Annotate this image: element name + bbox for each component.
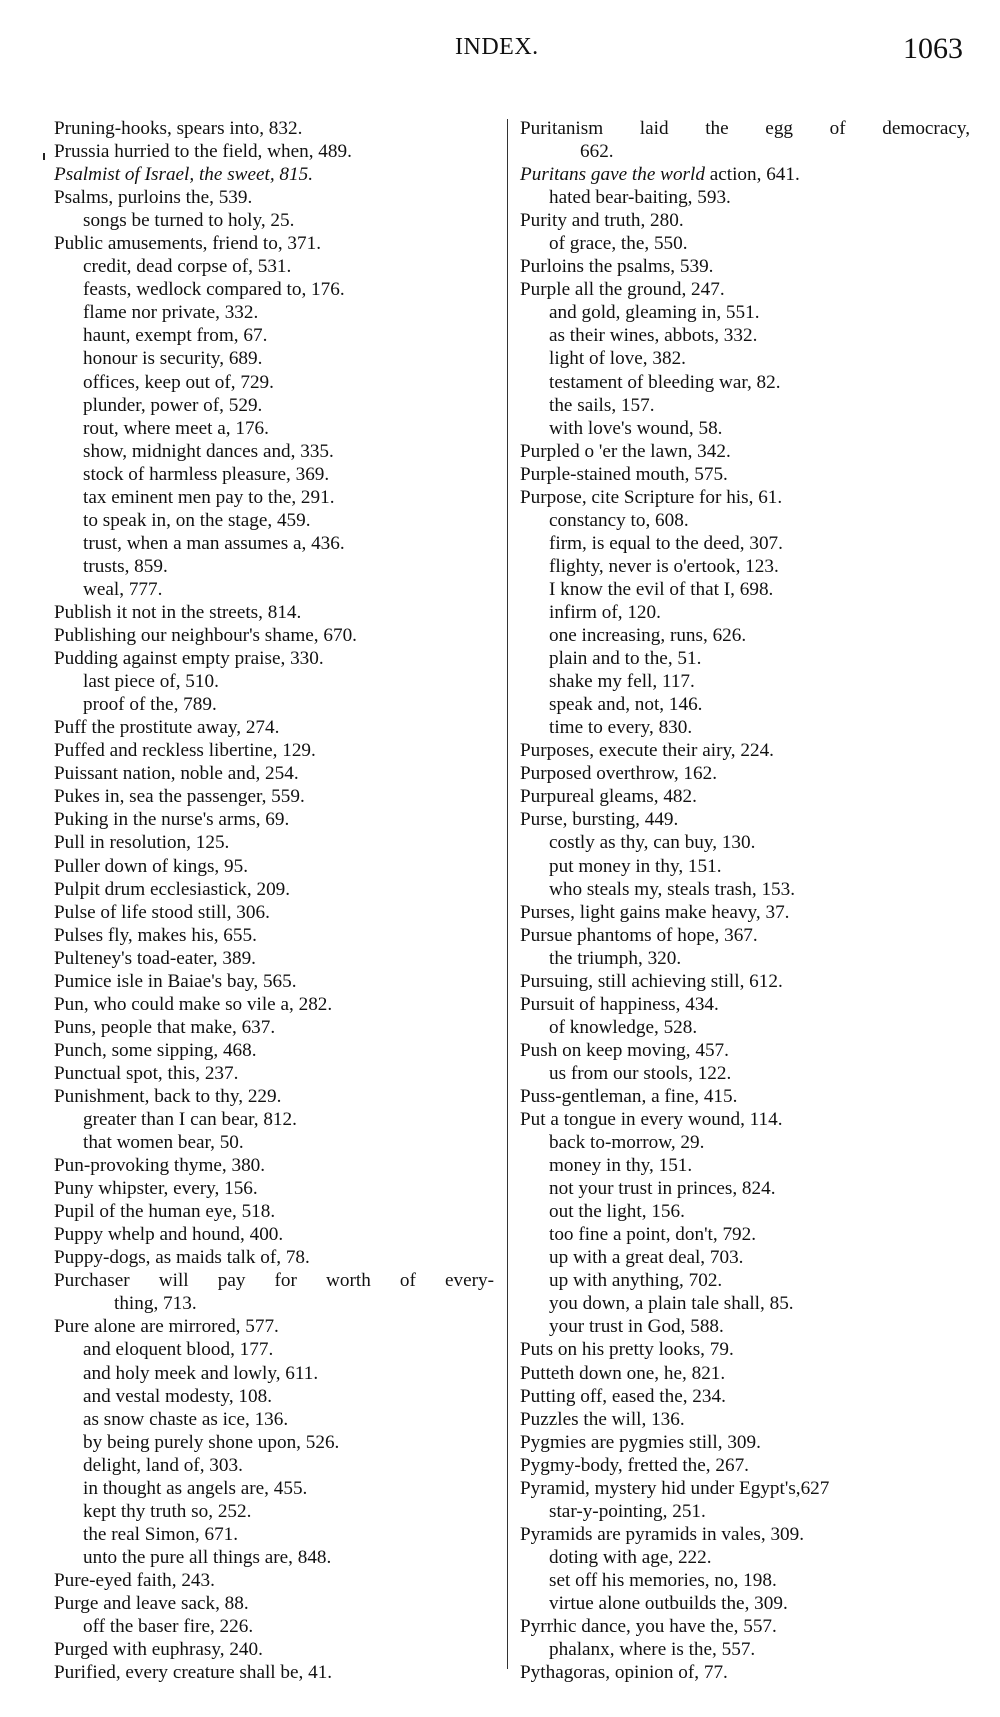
index-subentry: and gold, gleaming in, 551.	[520, 301, 970, 324]
index-subentry: firm, is equal to the deed, 307.	[520, 532, 970, 555]
entry-text: Pupil of the human eye, 518.	[54, 1201, 275, 1222]
index-subentry: greater than I can bear, 812.	[54, 1108, 494, 1131]
entry-text: star-y-pointing, 251.	[549, 1501, 706, 1522]
index-entry: Pyramid, mystery hid under Egypt's,627	[520, 1477, 970, 1500]
index-entry: Puking in the nurse's arms, 69.	[54, 808, 494, 831]
index-subentry: doting with age, 222.	[520, 1546, 970, 1569]
index-subentry: speak and, not, 146.	[520, 693, 970, 716]
entry-text: costly as thy, can buy, 130.	[549, 832, 755, 853]
index-subentry: and eloquent blood, 177.	[54, 1338, 494, 1361]
entry-text: Purpled o 'er the lawn, 342.	[520, 441, 731, 462]
entry-text: too fine a point, don't, 792.	[549, 1224, 756, 1245]
entry-text: as their wines, abbots, 332.	[549, 325, 757, 346]
index-entry: Puissant nation, noble and, 254.	[54, 762, 494, 785]
entry-text: Puts on his pretty looks, 79.	[520, 1339, 734, 1360]
index-subentry: by being purely shone upon, 526.	[54, 1431, 494, 1454]
entry-text: Puppy whelp and hound, 400.	[54, 1224, 283, 1245]
index-subentry: to speak in, on the stage, 459.	[54, 509, 494, 532]
index-subentry: flame nor private, 332.	[54, 301, 494, 324]
index-subentry: rout, where meet a, 176.	[54, 417, 494, 440]
index-entry: Publish it not in the streets, 814.	[54, 601, 494, 624]
entry-text: Putting off, eased the, 234.	[520, 1386, 726, 1407]
index-subentry: credit, dead corpse of, 531.	[54, 255, 494, 278]
entry-text: Prussia hurried to the field, when, 489.	[54, 141, 352, 162]
entry-text: Purposes, execute their airy, 224.	[520, 740, 774, 761]
entry-text: trust, when a man assumes a, 436.	[83, 533, 345, 554]
entry-text: Pygmies are pygmies still, 309.	[520, 1432, 761, 1453]
entry-text: Pulpit drum ecclesiastick, 209.	[54, 879, 290, 900]
entry-text: Punishment, back to thy, 229.	[54, 1086, 281, 1107]
index-subentry: costly as thy, can buy, 130.	[520, 831, 970, 854]
entry-text: Purpose, cite Scripture for his, 61.	[520, 487, 782, 508]
entry-text: and eloquent blood, 177.	[83, 1339, 273, 1360]
index-entry: Puritanism laid the egg of democracy,	[520, 117, 970, 140]
index-subentry: plain and to the, 51.	[520, 647, 970, 670]
entry-text: 662.	[580, 141, 614, 162]
index-subentry: plunder, power of, 529.	[54, 394, 494, 417]
index-subentry: infirm of, 120.	[520, 601, 970, 624]
entry-text: light of love, 382.	[549, 348, 686, 369]
entry-text: Purses, light gains make heavy, 37.	[520, 902, 789, 923]
entry-text: Push on keep moving, 457.	[520, 1040, 729, 1061]
index-entry: Puritans gave the world action, 641.	[520, 163, 970, 186]
index-entry: Puffed and reckless libertine, 129.	[54, 739, 494, 762]
index-subentry: off the baser fire, 226.	[54, 1615, 494, 1638]
index-entry: Pun-provoking thyme, 380.	[54, 1154, 494, 1177]
index-entry: Pure-eyed faith, 243.	[54, 1569, 494, 1592]
index-subentry: offices, keep out of, 729.	[54, 371, 494, 394]
entry-text: back to-morrow, 29.	[549, 1132, 704, 1153]
entry-text: Pukes in, sea the passenger, 559.	[54, 786, 305, 807]
entry-text: Pun-provoking thyme, 380.	[54, 1155, 265, 1176]
index-subentry: and vestal modesty, 108.	[54, 1385, 494, 1408]
index-subentry: last piece of, 510.	[54, 670, 494, 693]
entry-text: Punch, some sipping, 468.	[54, 1040, 257, 1061]
index-subentry: phalanx, where is the, 557.	[520, 1638, 970, 1661]
entry-text: Puking in the nurse's arms, 69.	[54, 809, 289, 830]
entry-text: Publishing our neighbour's shame, 670.	[54, 625, 357, 646]
index-subentry: and holy meek and lowly, 611.	[54, 1362, 494, 1385]
index-subentry: out the light, 156.	[520, 1200, 970, 1223]
index-entry: Purple all the ground, 247.	[520, 278, 970, 301]
entry-text: Puller down of kings, 95.	[54, 856, 248, 877]
entry-text: Public amusements, friend to, 371.	[54, 233, 321, 254]
entry-text: speak and, not, 146.	[549, 694, 702, 715]
index-subentry: as snow chaste as ice, 136.	[54, 1408, 494, 1431]
index-subentry: as their wines, abbots, 332.	[520, 324, 970, 347]
index-subentry: up with a great deal, 703.	[520, 1246, 970, 1269]
entry-text: Punctual spot, this, 237.	[54, 1063, 238, 1084]
entry-text: flame nor private, 332.	[83, 302, 258, 323]
index-entry: Puss-gentleman, a fine, 415.	[520, 1085, 970, 1108]
entry-text: the triumph, 320.	[549, 948, 681, 969]
entry-text: of grace, the, 550.	[549, 233, 688, 254]
entry-text: Pruning-hooks, spears into, 832.	[54, 118, 302, 139]
column-divider	[507, 119, 508, 1669]
index-entry: Pun, who could make so vile a, 282.	[54, 993, 494, 1016]
index-subentry: in thought as angels are, 455.	[54, 1477, 494, 1500]
index-entry: Prussia hurried to the field, when, 489.	[54, 140, 494, 163]
index-subentry: show, midnight dances and, 335.	[54, 440, 494, 463]
entry-text: Purified, every creature shall be, 41.	[54, 1662, 332, 1683]
index-subentry: I know the evil of that I, 698.	[520, 578, 970, 601]
entry-text: us from our stools, 122.	[549, 1063, 731, 1084]
index-entry: Pulteney's toad-eater, 389.	[54, 947, 494, 970]
entry-text: greater than I can bear, 812.	[83, 1109, 297, 1130]
entry-text: and vestal modesty, 108.	[83, 1386, 272, 1407]
index-entry: Purge and leave sack, 88.	[54, 1592, 494, 1615]
index-subentry: delight, land of, 303.	[54, 1454, 494, 1477]
index-subentry: money in thy, 151.	[520, 1154, 970, 1177]
index-entry: Pyrrhic dance, you have the, 557.	[520, 1615, 970, 1638]
index-subentry: constancy to, 608.	[520, 509, 970, 532]
index-subentry: who steals my, steals trash, 153.	[520, 878, 970, 901]
index-subentry: put money in thy, 151.	[520, 855, 970, 878]
index-entry: Puppy-dogs, as maids talk of, 78.	[54, 1246, 494, 1269]
index-entry: Purged with euphrasy, 240.	[54, 1638, 494, 1661]
entry-text: the real Simon, 671.	[83, 1524, 238, 1545]
entry-text: action, 641.	[705, 164, 800, 185]
entry-text: tax eminent men pay to the, 291.	[83, 487, 335, 508]
entry-text: Purposed overthrow, 162.	[520, 763, 717, 784]
italic-heading: Puritans gave the world	[520, 164, 705, 185]
entry-text: last piece of, 510.	[83, 671, 219, 692]
index-subentry: honour is security, 689.	[54, 347, 494, 370]
index-entry: Pulse of life stood still, 306.	[54, 901, 494, 924]
index-entry: Puts on his pretty looks, 79.	[520, 1338, 970, 1361]
entry-text: the sails, 157.	[549, 395, 655, 416]
entry-text: Purpureal gleams, 482.	[520, 786, 697, 807]
entry-text: doting with age, 222.	[549, 1547, 712, 1568]
index-subentry: tax eminent men pay to the, 291.	[54, 486, 494, 509]
entry-text: that women bear, 50.	[83, 1132, 244, 1153]
index-entry: Psalms, purloins the, 539.	[54, 186, 494, 209]
index-entry: Pukes in, sea the passenger, 559.	[54, 785, 494, 808]
index-entry: Pruning-hooks, spears into, 832.	[54, 117, 494, 140]
index-entry: Pursuing, still achieving still, 612.	[520, 970, 970, 993]
entry-text: Puns, people that make, 637.	[54, 1017, 275, 1038]
entry-text: and gold, gleaming in, 551.	[549, 302, 760, 323]
index-entry-continuation: thing, 713.	[54, 1292, 494, 1315]
index-subentry: time to every, 830.	[520, 716, 970, 739]
entry-text: Puss-gentleman, a fine, 415.	[520, 1086, 737, 1107]
index-entry: Put a tongue in every wound, 114.	[520, 1108, 970, 1131]
entry-text: shake my fell, 117.	[549, 671, 695, 692]
index-entry: Pumice isle in Baiae's bay, 565.	[54, 970, 494, 993]
entry-text: in thought as angels are, 455.	[83, 1478, 307, 1499]
index-entry: Purchaser will pay for worth of every-	[54, 1269, 494, 1292]
entry-text: Putteth down one, he, 821.	[520, 1363, 725, 1384]
entry-text: Pursuit of happiness, 434.	[520, 994, 719, 1015]
index-entry: Puppy whelp and hound, 400.	[54, 1223, 494, 1246]
entry-text: by being purely shone upon, 526.	[83, 1432, 339, 1453]
index-subentry: us from our stools, 122.	[520, 1062, 970, 1085]
entry-text: phalanx, where is the, 557.	[549, 1639, 755, 1660]
entry-text: delight, land of, 303.	[83, 1455, 243, 1476]
index-subentry: flighty, never is o'ertook, 123.	[520, 555, 970, 578]
entry-text: Pygmy-body, fretted the, 267.	[520, 1455, 749, 1476]
entry-text: show, midnight dances and, 335.	[83, 441, 334, 462]
entry-text: Puff the prostitute away, 274.	[54, 717, 279, 738]
index-subentry: up with anything, 702.	[520, 1269, 970, 1292]
entry-text: unto the pure all things are, 848.	[83, 1547, 331, 1568]
entry-text: infirm of, 120.	[549, 602, 661, 623]
index-entry: Pyramids are pyramids in vales, 309.	[520, 1523, 970, 1546]
index-subentry: back to-morrow, 29.	[520, 1131, 970, 1154]
index-entry: Puns, people that make, 637.	[54, 1016, 494, 1039]
index-entry: Puny whipster, every, 156.	[54, 1177, 494, 1200]
entry-text: flighty, never is o'ertook, 123.	[549, 556, 779, 577]
index-entry: Purpureal gleams, 482.	[520, 785, 970, 808]
index-subentry: your trust in God, 588.	[520, 1315, 970, 1338]
entry-text: virtue alone outbuilds the, 309.	[549, 1593, 788, 1614]
entry-text: trusts, 859.	[83, 556, 168, 577]
margin-mark	[43, 153, 45, 160]
index-entry: Puff the prostitute away, 274.	[54, 716, 494, 739]
entry-text: Purloins the psalms, 539.	[520, 256, 713, 277]
entry-text: Pure-eyed faith, 243.	[54, 1570, 215, 1591]
index-entry: Punctual spot, this, 237.	[54, 1062, 494, 1085]
index-entry: Pull in resolution, 125.	[54, 831, 494, 854]
entry-text: hated bear-baiting, 593.	[549, 187, 731, 208]
entry-text: Purity and truth, 280.	[520, 210, 684, 231]
index-entry: Purified, every creature shall be, 41.	[54, 1661, 494, 1684]
entry-text: Psalms, purloins the, 539.	[54, 187, 252, 208]
entry-text: with love's wound, 58.	[549, 418, 722, 439]
index-entry: Putteth down one, he, 821.	[520, 1362, 970, 1385]
index-subentry: trusts, 859.	[54, 555, 494, 578]
index-entry: Pygmies are pygmies still, 309.	[520, 1431, 970, 1454]
entry-text: credit, dead corpse of, 531.	[83, 256, 291, 277]
index-subentry: too fine a point, don't, 792.	[520, 1223, 970, 1246]
entry-text: Pure alone are mirrored, 577.	[54, 1316, 279, 1337]
index-subentry: shake my fell, 117.	[520, 670, 970, 693]
entry-text: out the light, 156.	[549, 1201, 685, 1222]
index-subentry: of knowledge, 528.	[520, 1016, 970, 1039]
index-subentry: the sails, 157.	[520, 394, 970, 417]
index-entry: Public amusements, friend to, 371.	[54, 232, 494, 255]
index-subentry: proof of the, 789.	[54, 693, 494, 716]
index-entry: Puller down of kings, 95.	[54, 855, 494, 878]
running-title: INDEX.	[455, 34, 539, 61]
index-entry: Pupil of the human eye, 518.	[54, 1200, 494, 1223]
entry-text: Puffed and reckless libertine, 129.	[54, 740, 316, 761]
entry-text: off the baser fire, 226.	[83, 1616, 253, 1637]
index-entry: Publishing our neighbour's shame, 670.	[54, 624, 494, 647]
entry-text: time to every, 830.	[549, 717, 692, 738]
entry-text: Pythagoras, opinion of, 77.	[520, 1662, 728, 1683]
entry-text: put money in thy, 151.	[549, 856, 722, 877]
entry-text: Puritanism laid the egg of democracy,	[520, 118, 970, 139]
index-entry: Pure alone are mirrored, 577.	[54, 1315, 494, 1338]
index-subentry: feasts, wedlock compared to, 176.	[54, 278, 494, 301]
entry-text: up with anything, 702.	[549, 1270, 722, 1291]
entry-text: Pyrrhic dance, you have the, 557.	[520, 1616, 777, 1637]
entry-text: Psalmist of Israel, the sweet, 815.	[54, 164, 313, 185]
entry-text: your trust in God, 588.	[549, 1316, 724, 1337]
entry-text: who steals my, steals trash, 153.	[549, 879, 795, 900]
index-subentry: unto the pure all things are, 848.	[54, 1546, 494, 1569]
entry-text: Puzzles the will, 136.	[520, 1409, 685, 1430]
index-entry: Pursue phantoms of hope, 367.	[520, 924, 970, 947]
entry-text: weal, 777.	[83, 579, 162, 600]
index-column-left: Pruning-hooks, spears into, 832.Prussia …	[54, 117, 494, 1684]
index-subentry: trust, when a man assumes a, 436.	[54, 532, 494, 555]
index-subentry: one increasing, runs, 626.	[520, 624, 970, 647]
index-subentry: the triumph, 320.	[520, 947, 970, 970]
entry-text: as snow chaste as ice, 136.	[83, 1409, 288, 1430]
index-entry: Punishment, back to thy, 229.	[54, 1085, 494, 1108]
entry-text: Publish it not in the streets, 814.	[54, 602, 301, 623]
index-entry: Punch, some sipping, 468.	[54, 1039, 494, 1062]
entry-text: offices, keep out of, 729.	[83, 372, 274, 393]
index-subentry: not your trust in princes, 824.	[520, 1177, 970, 1200]
entry-text: one increasing, runs, 626.	[549, 625, 746, 646]
index-subentry: weal, 777.	[54, 578, 494, 601]
entry-text: of knowledge, 528.	[549, 1017, 697, 1038]
index-subentry: stock of harmless pleasure, 369.	[54, 463, 494, 486]
entry-text: honour is security, 689.	[83, 348, 262, 369]
entry-text: Pursuing, still achieving still, 612.	[520, 971, 783, 992]
entry-text: Puppy-dogs, as maids talk of, 78.	[54, 1247, 310, 1268]
entry-text: Pun, who could make so vile a, 282.	[54, 994, 332, 1015]
index-subentry: star-y-pointing, 251.	[520, 1500, 970, 1523]
index-subentry: you down, a plain tale shall, 85.	[520, 1292, 970, 1315]
entry-text: set off his memories, no, 198.	[549, 1570, 777, 1591]
entry-text: rout, where meet a, 176.	[83, 418, 269, 439]
index-subentry: hated bear-baiting, 593.	[520, 186, 970, 209]
entry-text: Pulteney's toad-eater, 389.	[54, 948, 256, 969]
entry-text: Pumice isle in Baiae's bay, 565.	[54, 971, 297, 992]
entry-text: stock of harmless pleasure, 369.	[83, 464, 329, 485]
entry-text: Put a tongue in every wound, 114.	[520, 1109, 783, 1130]
index-subentry: set off his memories, no, 198.	[520, 1569, 970, 1592]
entry-text: haunt, exempt from, 67.	[83, 325, 267, 346]
entry-text: Purged with euphrasy, 240.	[54, 1639, 263, 1660]
entry-text: thing, 713.	[114, 1293, 197, 1314]
entry-text: up with a great deal, 703.	[549, 1247, 743, 1268]
entry-text: plain and to the, 51.	[549, 648, 701, 669]
index-entry: Pursuit of happiness, 434.	[520, 993, 970, 1016]
index-column-right: Puritanism laid the egg of democracy,662…	[520, 117, 970, 1684]
index-entry: Puzzles the will, 136.	[520, 1408, 970, 1431]
entry-text: Pull in resolution, 125.	[54, 832, 229, 853]
entry-text: Purge and leave sack, 88.	[54, 1593, 249, 1614]
entry-text: and holy meek and lowly, 611.	[83, 1363, 318, 1384]
index-subentry: with love's wound, 58.	[520, 417, 970, 440]
index-entry: Push on keep moving, 457.	[520, 1039, 970, 1062]
index-entry: Purposes, execute their airy, 224.	[520, 739, 970, 762]
entry-text: to speak in, on the stage, 459.	[83, 510, 311, 531]
entry-text: Pulse of life stood still, 306.	[54, 902, 270, 923]
index-entry: Psalmist of Israel, the sweet, 815.	[54, 163, 494, 186]
entry-text: Pyramids are pyramids in vales, 309.	[520, 1524, 804, 1545]
entry-text: Pursue phantoms of hope, 367.	[520, 925, 758, 946]
entry-text: Purple all the ground, 247.	[520, 279, 725, 300]
entry-text: plunder, power of, 529.	[83, 395, 262, 416]
entry-text: feasts, wedlock compared to, 176.	[83, 279, 345, 300]
entry-text: Purse, bursting, 449.	[520, 809, 678, 830]
entry-text: I know the evil of that I, 698.	[549, 579, 773, 600]
index-entry: Purse, bursting, 449.	[520, 808, 970, 831]
entry-text: money in thy, 151.	[549, 1155, 692, 1176]
index-entry: Pulpit drum ecclesiastick, 209.	[54, 878, 494, 901]
entry-text: kept thy truth so, 252.	[83, 1501, 251, 1522]
index-subentry: light of love, 382.	[520, 347, 970, 370]
entry-text: Puissant nation, noble and, 254.	[54, 763, 299, 784]
entry-text: songs be turned to holy, 25.	[83, 210, 294, 231]
entry-text: Puny whipster, every, 156.	[54, 1178, 258, 1199]
index-entry: Pudding against empty praise, 330.	[54, 647, 494, 670]
index-entry: Purity and truth, 280.	[520, 209, 970, 232]
entry-text: Pyramid, mystery hid under Egypt's,627	[520, 1478, 829, 1499]
entry-text: constancy to, 608.	[549, 510, 689, 531]
index-subentry: haunt, exempt from, 67.	[54, 324, 494, 347]
entry-text: proof of the, 789.	[83, 694, 217, 715]
index-subentry: that women bear, 50.	[54, 1131, 494, 1154]
page-header: INDEX. 1063	[0, 0, 1000, 100]
entry-text: you down, a plain tale shall, 85.	[549, 1293, 794, 1314]
index-subentry: of grace, the, 550.	[520, 232, 970, 255]
index-entry: Purloins the psalms, 539.	[520, 255, 970, 278]
index-entry: Purses, light gains make heavy, 37.	[520, 901, 970, 924]
index-entry: Pulses fly, makes his, 655.	[54, 924, 494, 947]
index-subentry: virtue alone outbuilds the, 309.	[520, 1592, 970, 1615]
entry-text: Pudding against empty praise, 330.	[54, 648, 324, 669]
index-entry: Purpose, cite Scripture for his, 61.	[520, 486, 970, 509]
entry-text: Pulses fly, makes his, 655.	[54, 925, 257, 946]
index-entry: Purpled o 'er the lawn, 342.	[520, 440, 970, 463]
index-subentry: songs be turned to holy, 25.	[54, 209, 494, 232]
entry-text: Purple-stained mouth, 575.	[520, 464, 728, 485]
index-subentry: testament of bleeding war, 82.	[520, 371, 970, 394]
index-entry-continuation: 662.	[520, 140, 970, 163]
entry-text: Purchaser will pay for worth of every-	[54, 1270, 494, 1291]
index-subentry: the real Simon, 671.	[54, 1523, 494, 1546]
index-entry: Pygmy-body, fretted the, 267.	[520, 1454, 970, 1477]
page-number: 1063	[903, 32, 963, 66]
index-entry: Pythagoras, opinion of, 77.	[520, 1661, 970, 1684]
index-subentry: kept thy truth so, 252.	[54, 1500, 494, 1523]
entry-text: firm, is equal to the deed, 307.	[549, 533, 783, 554]
entry-text: not your trust in princes, 824.	[549, 1178, 776, 1199]
index-entry: Putting off, eased the, 234.	[520, 1385, 970, 1408]
entry-text: testament of bleeding war, 82.	[549, 372, 781, 393]
index-entry: Purple-stained mouth, 575.	[520, 463, 970, 486]
index-entry: Purposed overthrow, 162.	[520, 762, 970, 785]
